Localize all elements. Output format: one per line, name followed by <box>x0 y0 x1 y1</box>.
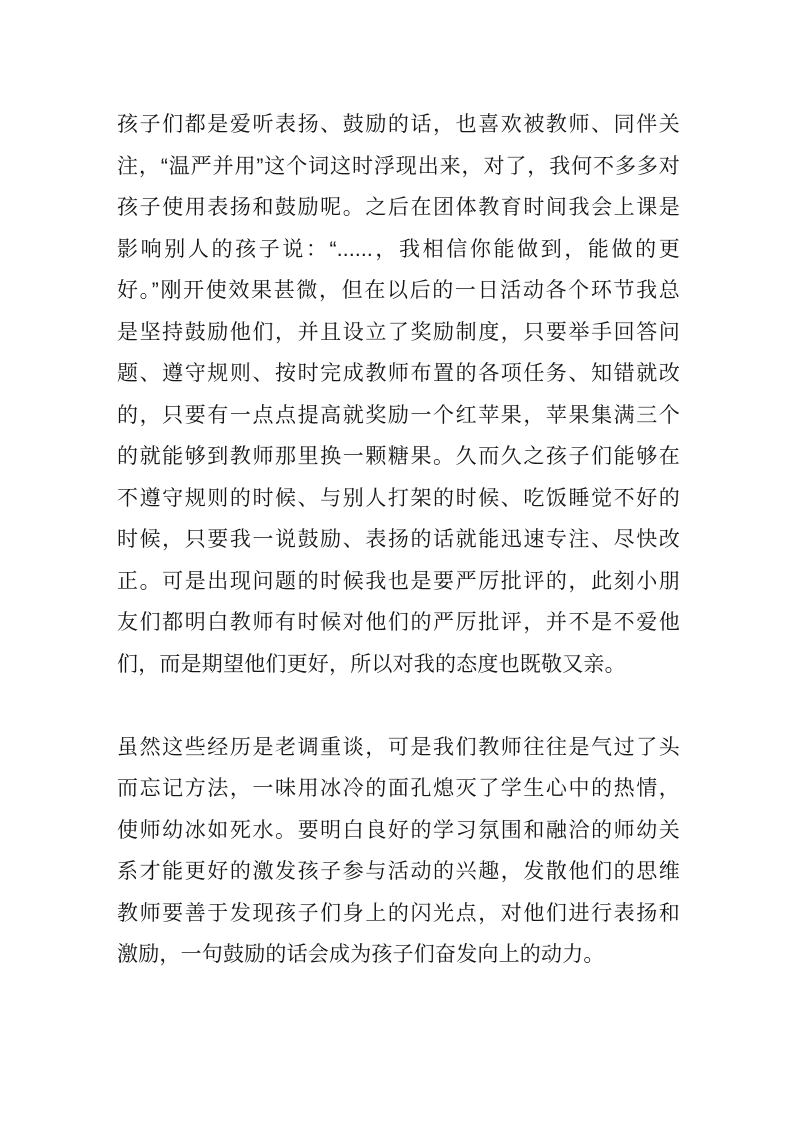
text-line: 教师要善于发现孩子们身上的闪光点，对他们进行表扬和 <box>117 893 680 935</box>
paragraph-block: 虽然这些经历是老调重谈，可是我们教师往往是气过了头而忘记方法，一味用冰冷的面孔熄… <box>117 727 680 976</box>
text-line: 不遵守规则的时候、与别人打架的时候、吃饭睡觉不好的 <box>117 478 680 520</box>
text-line: 而忘记方法，一味用冰冷的面孔熄灭了学生心中的热情， <box>117 768 680 810</box>
text-line: 的，只要有一点点提高就奖励一个红苹果，苹果集满三个 <box>117 395 680 437</box>
document-content: 孩子们都是爱听表扬、鼓励的话，也喜欢被教师、同伴关注，“温严并用”这个词这时浮现… <box>117 104 680 976</box>
paragraph-block: 孩子们都是爱听表扬、鼓励的话，也喜欢被教师、同伴关注，“温严并用”这个词这时浮现… <box>117 104 680 685</box>
text-line: 孩子们都是爱听表扬、鼓励的话，也喜欢被教师、同伴关 <box>117 104 680 146</box>
text-line: 友们都明白教师有时候对他们的严厉批评，并不是不爱他 <box>117 602 680 644</box>
text-line: 是坚持鼓励他们，并且设立了奖励制度，只要举手回答问 <box>117 312 680 354</box>
text-line: 题、遵守规则、按时完成教师布置的各项任务、知错就改 <box>117 353 680 395</box>
document-page: 孩子们都是爱听表扬、鼓励的话，也喜欢被教师、同伴关注，“温严并用”这个词这时浮现… <box>0 0 793 1122</box>
text-line: 系才能更好的激发孩子参与活动的兴趣，发散他们的思维 <box>117 851 680 893</box>
text-line: 虽然这些经历是老调重谈，可是我们教师往往是气过了头 <box>117 727 680 769</box>
text-line: 时候，只要我一说鼓励、表扬的话就能迅速专注、尽快改 <box>117 519 680 561</box>
text-line: 激励，一句鼓励的话会成为孩子们奋发向上的动力。 <box>117 934 680 976</box>
text-line: 们，而是期望他们更好，所以对我的态度也既敬又亲。 <box>117 644 680 686</box>
text-line: 好。”刚开使效果甚微，但在以后的一日活动各个环节我总 <box>117 270 680 312</box>
text-line: 影响别人的孩子说：“......，我相信你能做到，能做的更 <box>117 229 680 271</box>
text-line: 使师幼冰如死水。要明白良好的学习氛围和融洽的师幼关 <box>117 810 680 852</box>
text-line: 的就能够到教师那里换一颗糖果。久而久之孩子们能够在 <box>117 436 680 478</box>
text-line: 注，“温严并用”这个词这时浮现出来，对了，我何不多多对 <box>117 146 680 188</box>
text-line: 正。可是出现问题的时候我也是要严厉批评的，此刻小朋 <box>117 561 680 603</box>
text-line: 孩子使用表扬和鼓励呢。之后在团体教育时间我会上课是 <box>117 187 680 229</box>
